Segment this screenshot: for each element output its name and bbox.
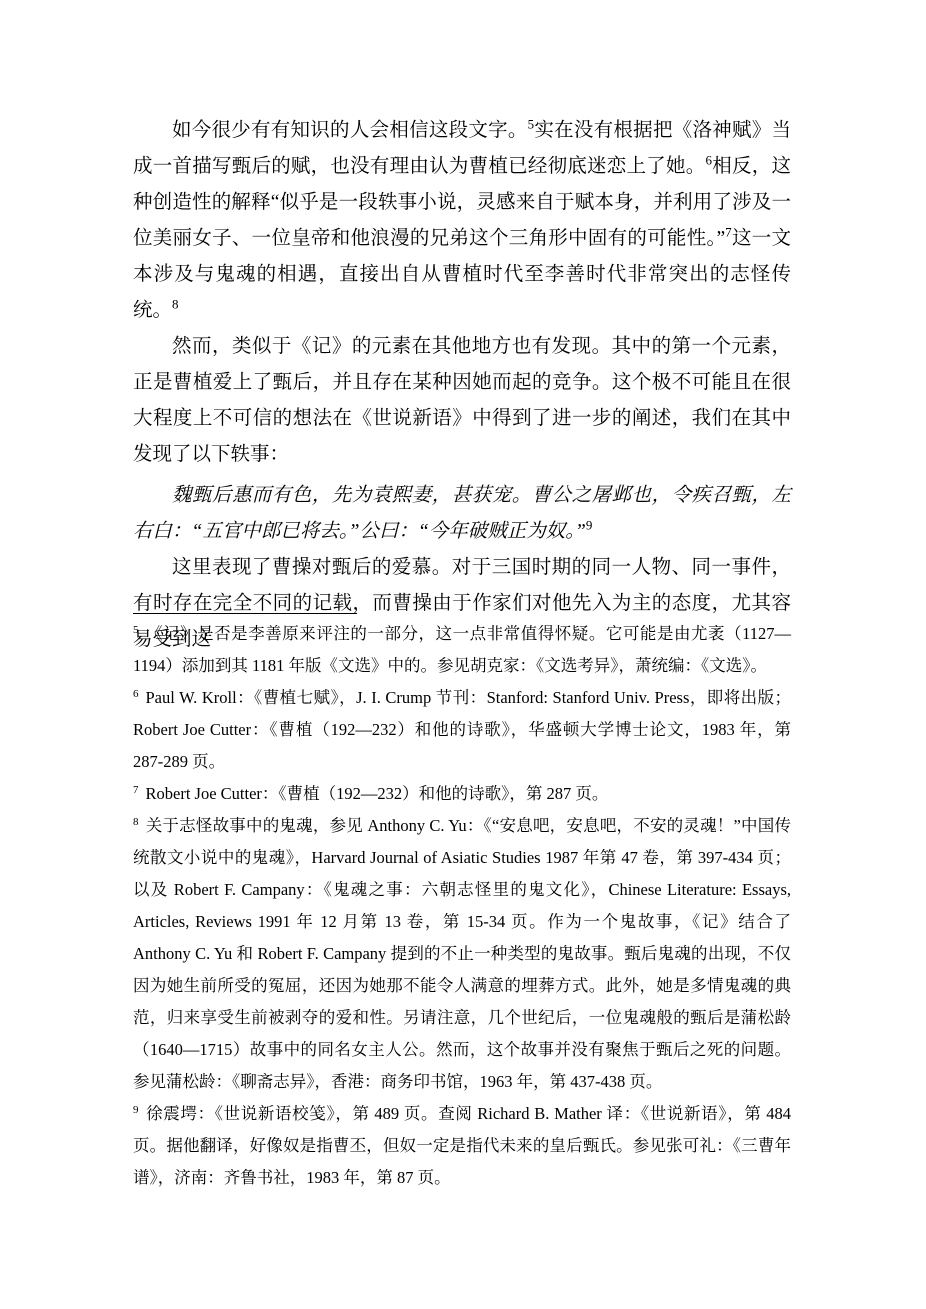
block-quote: 魏甄后惠而有色，先为袁熙妻，甚获宠。曹公之屠邺也，令疾召甄，左右白：“五官中郎已… bbox=[133, 478, 791, 550]
footnote-text: 徐震堮：《世说新语校笺》，第 489 页。查阅 Richard B. Mathe… bbox=[133, 1104, 791, 1187]
footnote-number: 8 bbox=[133, 816, 139, 828]
paragraph-1: 如今很少有有知识的人会相信这段文字。5实在没有根据把《洛神赋》当成一首描写甄后的… bbox=[133, 113, 791, 329]
document-body: { "page": { "width": 926, "height": 1309… bbox=[0, 0, 926, 1309]
footnote-ref-9: 9 bbox=[586, 518, 593, 533]
document-page: 如今很少有有知识的人会相信这段文字。5实在没有根据把《洛神赋》当成一首描写甄后的… bbox=[0, 0, 926, 1309]
footnote-number: 5 bbox=[133, 624, 139, 636]
footnote-number: 7 bbox=[133, 784, 139, 796]
quote-text: 魏甄后惠而有色，先为袁熙妻，甚获宠。曹公之屠邺也，令疾召甄，左右白：“五官中郎已… bbox=[133, 485, 791, 542]
footnote-separator bbox=[133, 613, 357, 614]
footnote-number: 9 bbox=[133, 1104, 139, 1116]
footnote-6: 6Paul W. Kroll：《曹植七赋》，J. I. Crump 节刊：Sta… bbox=[133, 682, 791, 778]
footnote-7: 7Robert Joe Cutter：《曹植（192—232）和他的诗歌》，第 … bbox=[133, 778, 791, 810]
paragraph-2: 然而，类似于《记》的元素在其他地方也有发现。其中的第一个元素，正是曹植爱上了甄后… bbox=[133, 329, 791, 473]
footnote-9: 9徐震堮：《世说新语校笺》，第 489 页。查阅 Richard B. Math… bbox=[133, 1098, 791, 1194]
paragraph-text: 如今很少有有知识的人会相信这段文字。 bbox=[172, 120, 528, 141]
footnote-8: 8关于志怪故事中的鬼魂，参见 Anthony C. Yu：《“安息吧，安息吧，不… bbox=[133, 810, 791, 1098]
footnote-5: 5《记》是否是李善原来评注的一部分，这一点非常值得怀疑。它可能是由尤袤（1127… bbox=[133, 618, 791, 682]
footnote-text: Robert Joe Cutter：《曹植（192—232）和他的诗歌》，第 2… bbox=[146, 784, 609, 803]
footnote-block: 5《记》是否是李善原来评注的一部分，这一点非常值得怀疑。它可能是由尤袤（1127… bbox=[133, 613, 791, 1194]
main-text-block: 如今很少有有知识的人会相信这段文字。5实在没有根据把《洛神赋》当成一首描写甄后的… bbox=[133, 113, 791, 658]
footnote-number: 6 bbox=[133, 688, 139, 700]
footnote-text: Paul W. Kroll：《曹植七赋》，J. I. Crump 节刊：Stan… bbox=[133, 688, 791, 771]
paragraph-text: 然而，类似于《记》的元素在其他地方也有发现。其中的第一个元素，正是曹植爱上了甄后… bbox=[133, 336, 791, 465]
footnote-text: 关于志怪故事中的鬼魂，参见 Anthony C. Yu：《“安息吧，安息吧，不安… bbox=[133, 816, 791, 1091]
footnote-text: 《记》是否是李善原来评注的一部分，这一点非常值得怀疑。它可能是由尤袤（1127—… bbox=[133, 624, 791, 675]
footnote-ref-8: 8 bbox=[172, 297, 179, 312]
